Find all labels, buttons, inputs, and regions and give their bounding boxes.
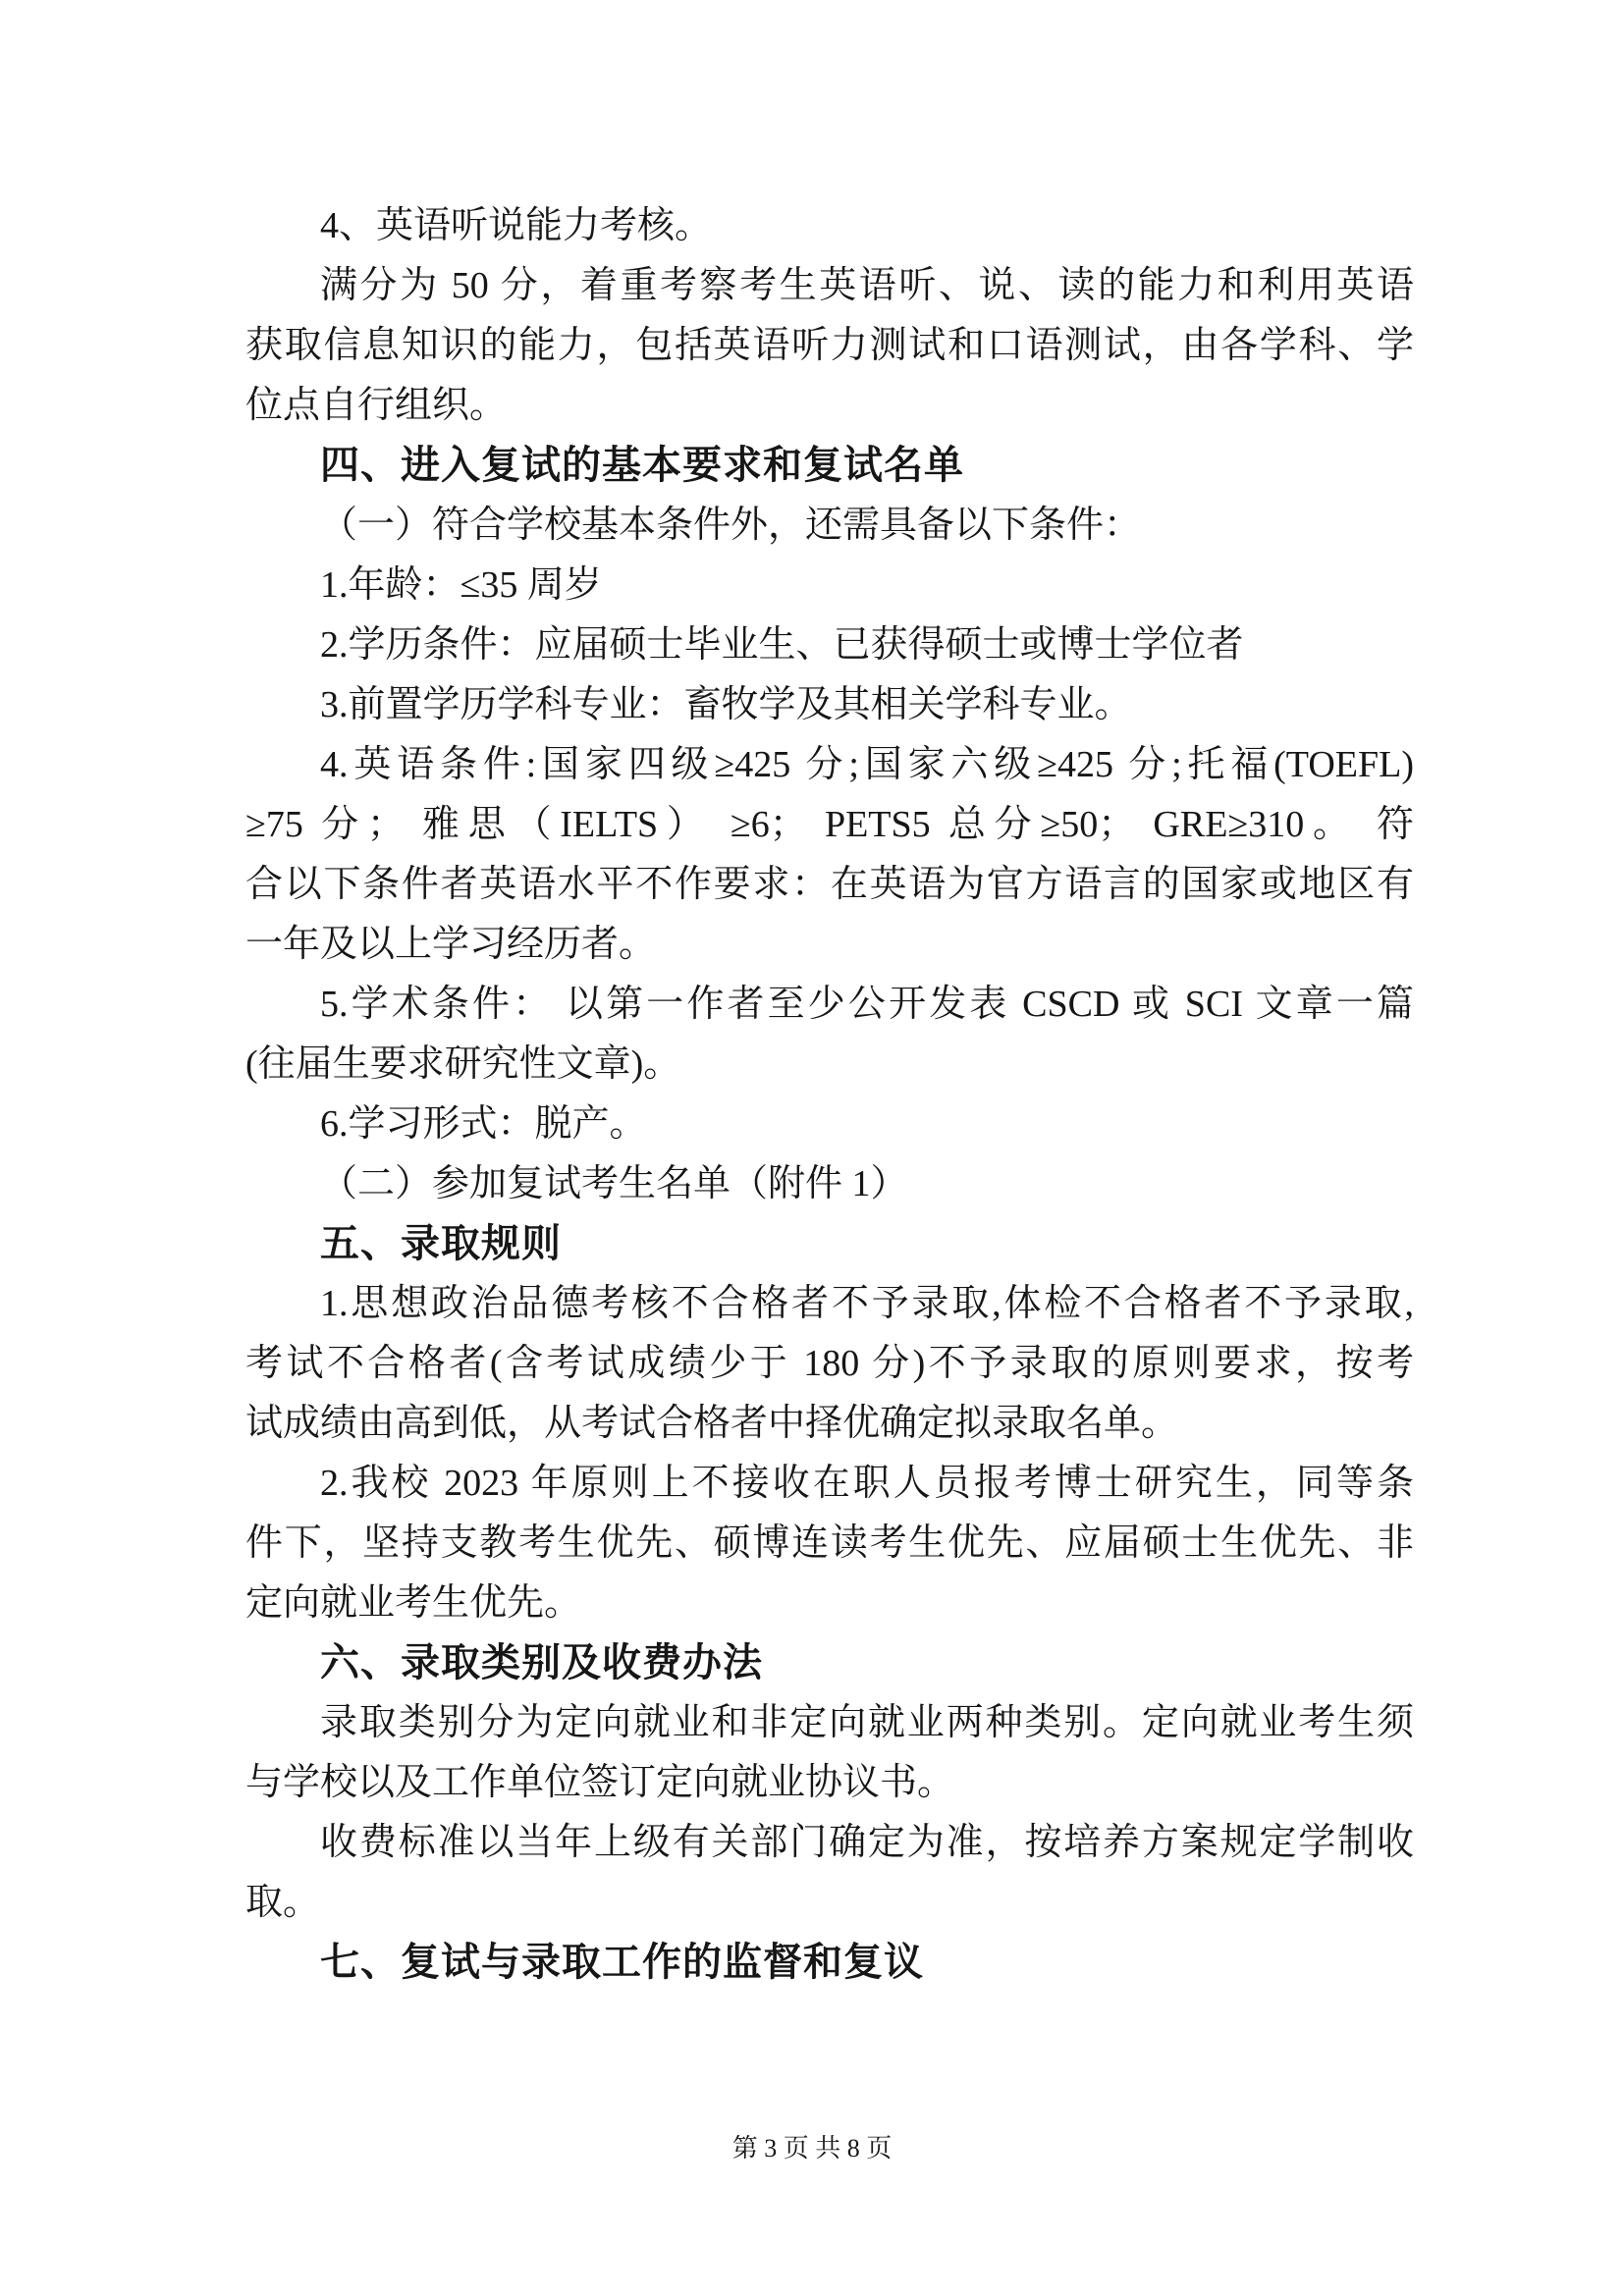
text-line: 3.前置学历学科专业：畜牧学及其相关学科专业。 — [245, 675, 1414, 735]
text-line: 2.我校 2023 年原则上不接收在职人员报考博士研究生，同等条 — [245, 1454, 1414, 1514]
text-line: 4、英语听说能力考核。 — [245, 196, 1414, 256]
page-footer: 第 3 页 共 8 页 — [0, 2128, 1624, 2164]
text-line: 收费标准以当年上级有关部门确定为准，按培养方案规定学制收 — [245, 1813, 1414, 1873]
text-line: 一年及以上学习经历者。 — [245, 915, 1414, 975]
text-line: 6.学习形式：脱产。 — [245, 1095, 1414, 1154]
text-line: 与学校以及工作单位签订定向就业协议书。 — [245, 1753, 1414, 1813]
text-line: 录取类别分为定向就业和非定向就业两种类别。定向就业考生须 — [245, 1693, 1414, 1753]
text-line: （二）参加复试考生名单（附件 1） — [245, 1154, 1414, 1214]
section-heading: 六、录取类别及收费办法 — [245, 1633, 1414, 1693]
text-line: 考试不合格者(含考试成绩少于 180 分)不予录取的原则要求，按考 — [245, 1334, 1414, 1394]
text-line: 合以下条件者英语水平不作要求：在英语为官方语言的国家或地区有 — [245, 855, 1414, 915]
text-line: 1.思想政治品德考核不合格者不予录取,体检不合格者不予录取, — [245, 1274, 1414, 1334]
section-heading: 七、复试与录取工作的监督和复议 — [245, 1933, 1414, 1993]
text-line: 获取信息知识的能力，包括英语听力测试和口语测试，由各学科、学 — [245, 316, 1414, 376]
text-line: 满分为 50 分，着重考察考生英语听、说、读的能力和利用英语 — [245, 256, 1414, 316]
text-line: 试成绩由高到低，从考试合格者中择优确定拟录取名单。 — [245, 1394, 1414, 1454]
section-heading: 五、录取规则 — [245, 1214, 1414, 1274]
text-line: 1.年龄：≤35 周岁 — [245, 556, 1414, 615]
text-line: 件下，坚持支教考生优先、硕博连读考生优先、应届硕士生优先、非 — [245, 1514, 1414, 1574]
text-line: 定向就业考生优先。 — [245, 1574, 1414, 1633]
text-line: 5.学术条件： 以第一作者至少公开发表 CSCD 或 SCI 文章一篇 — [245, 975, 1414, 1035]
text-line: 位点自行组织。 — [245, 376, 1414, 436]
document-page: 4、英语听说能力考核。满分为 50 分，着重考察考生英语听、说、读的能力和利用英… — [0, 0, 1624, 2296]
text-line: (往届生要求研究性文章)。 — [245, 1035, 1414, 1095]
text-line: 4.英语条件:国家四级≥425 分;国家六级≥425 分;托福(TOEFL) — [245, 735, 1414, 795]
text-line: ≥75 分； 雅思（IELTS） ≥6； PETS5 总分≥50； GRE≥31… — [245, 795, 1414, 855]
text-line: （一）符合学校基本条件外，还需具备以下条件： — [245, 496, 1414, 556]
document-content: 4、英语听说能力考核。满分为 50 分，着重考察考生英语听、说、读的能力和利用英… — [245, 196, 1414, 1993]
text-line: 2.学历条件：应届硕士毕业生、已获得硕士或博士学位者 — [245, 615, 1414, 675]
section-heading: 四、进入复试的基本要求和复试名单 — [245, 436, 1414, 496]
text-line: 取。 — [245, 1873, 1414, 1933]
